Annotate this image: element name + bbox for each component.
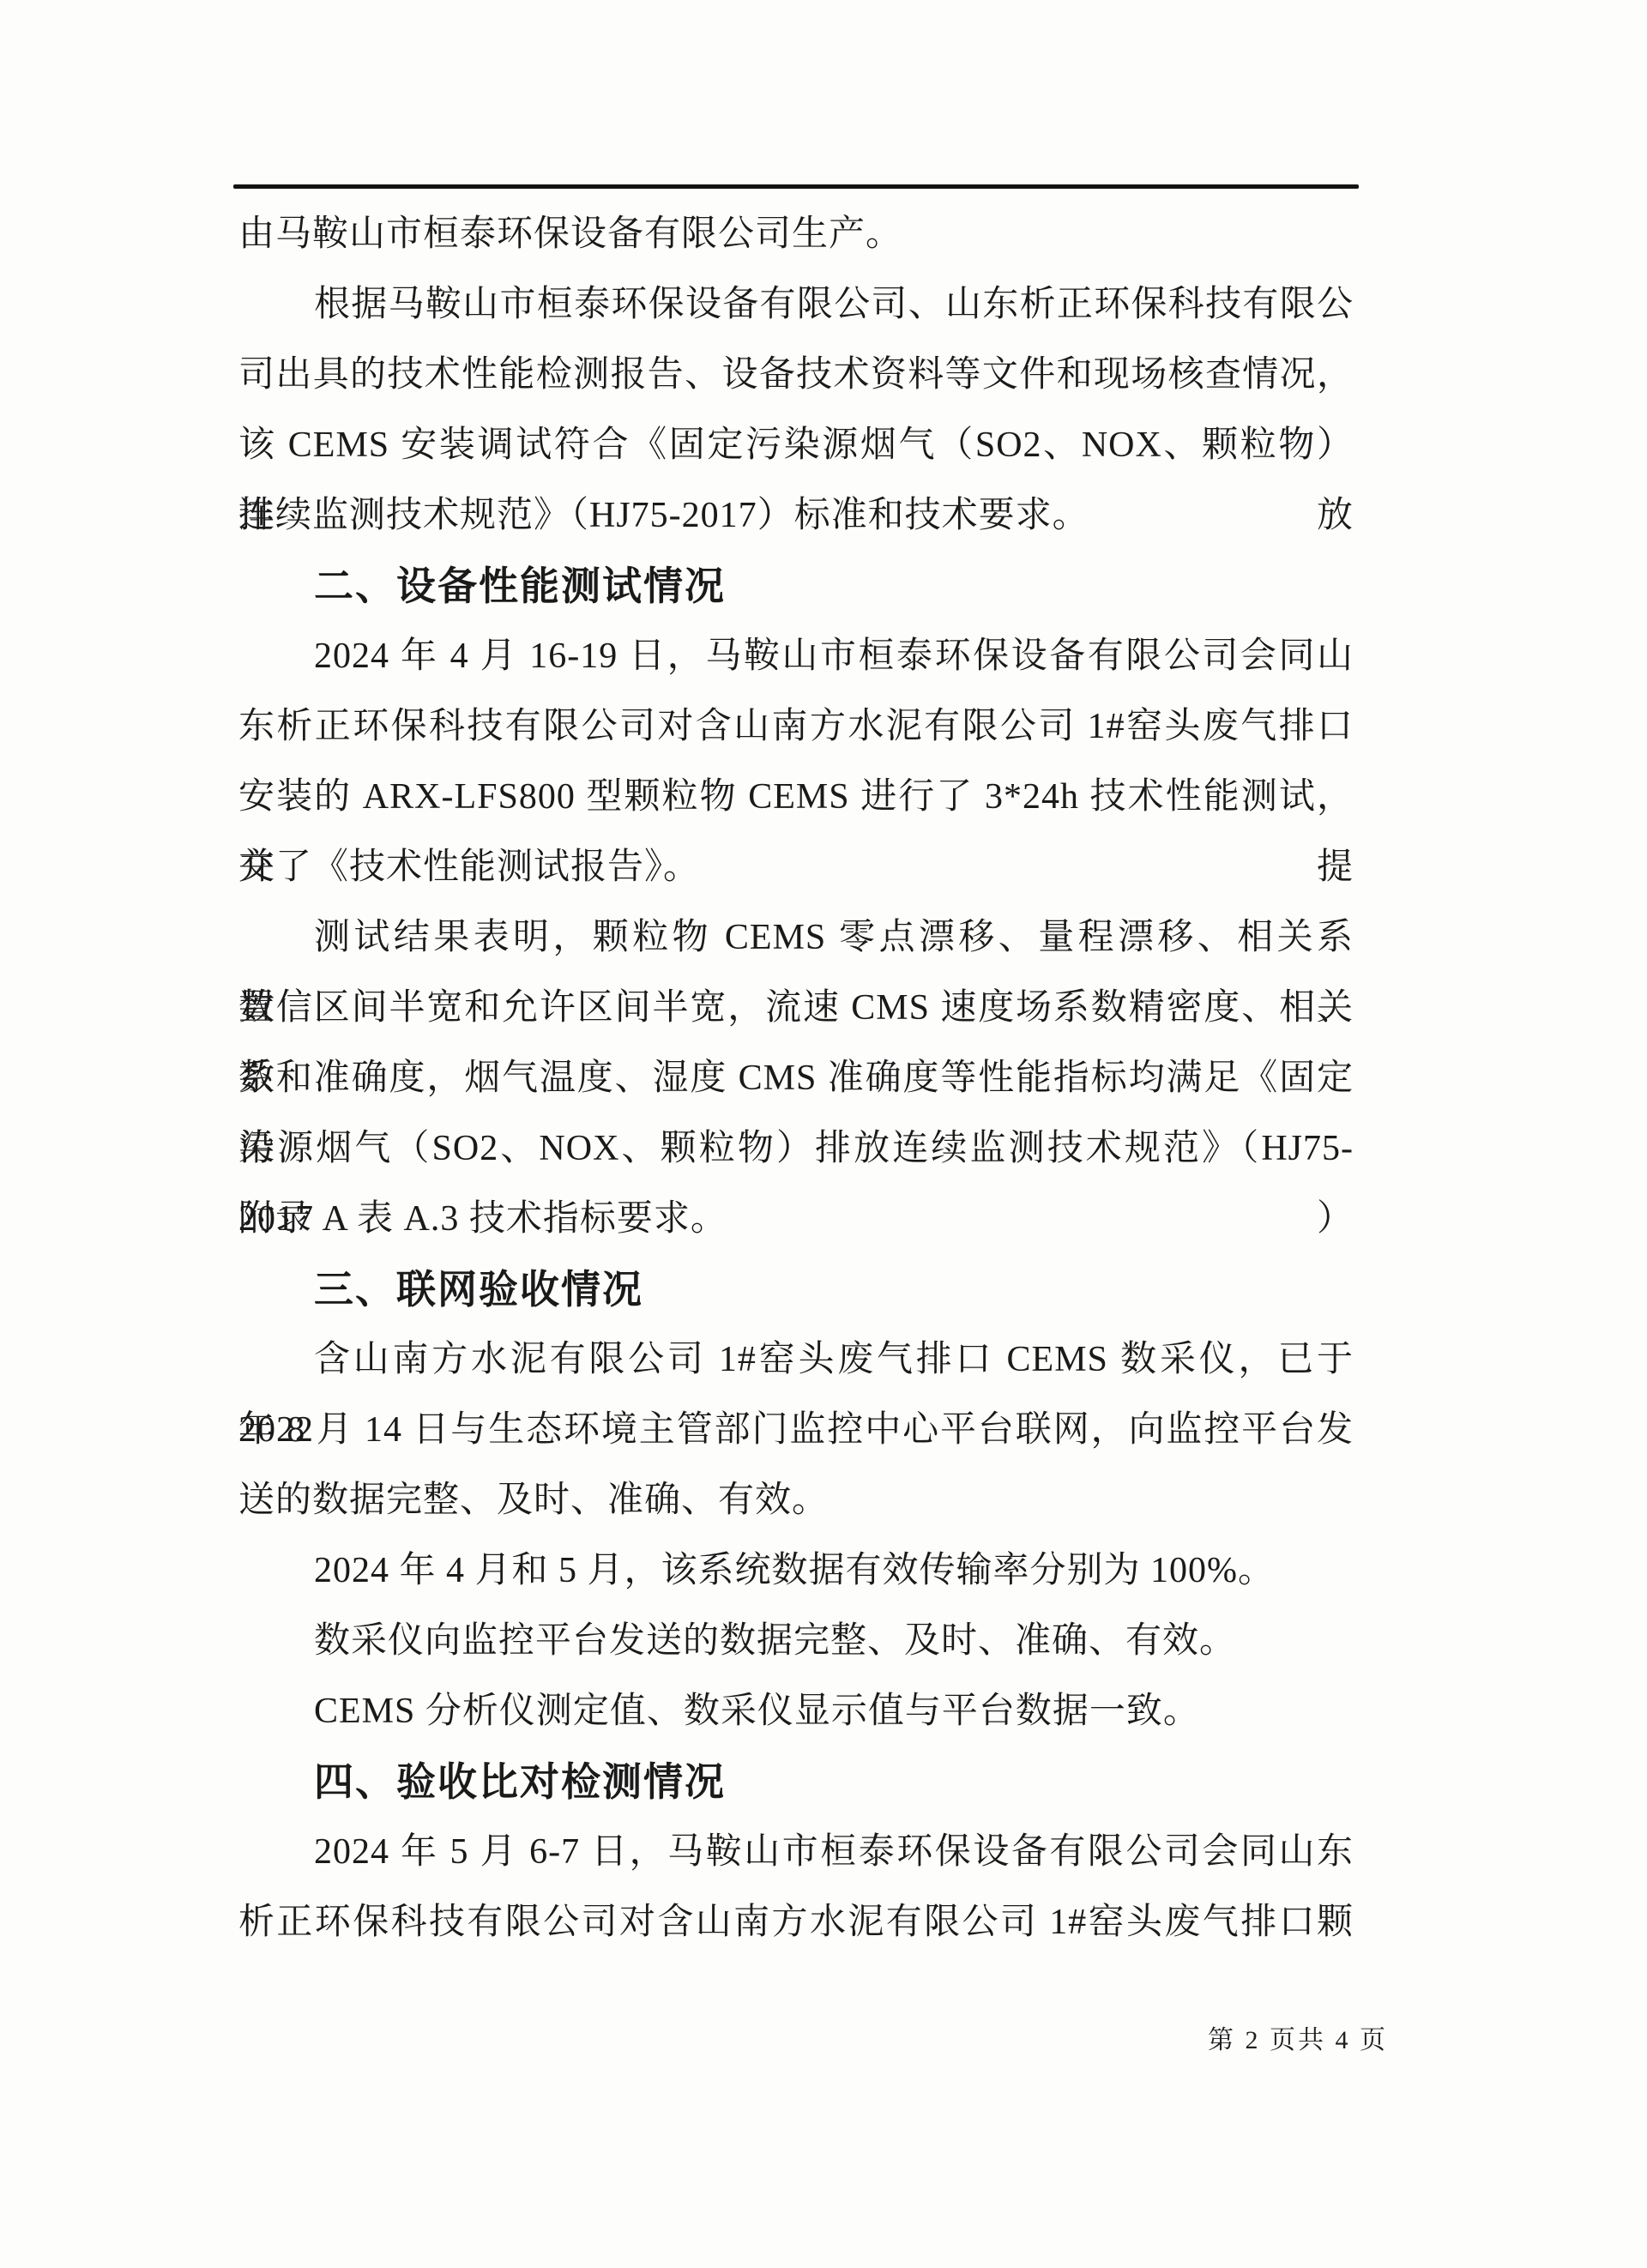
body-line: 2024 年 4 月和 5 月，该系统数据有效传输率分别为 100%。 [238,1535,1354,1606]
section-heading-2: 二、设备性能测试情况 [238,551,1354,621]
body-line: 置信区间半宽和允许区间半宽，流速 CMS 速度场系数精密度、相关系 [238,973,1354,1043]
body-line: 2024 年 4 月 16-19 日，马鞍山市桓泰环保设备有限公司会同山 [238,621,1354,691]
body-line: 年 8 月 14 日与生态环境主管部门监控中心平台联网，向监控平台发 [238,1395,1354,1465]
body-line: 2024 年 5 月 6-7 日，马鞍山市桓泰环保设备有限公司会同山东 [238,1817,1354,1887]
scanned-document-page: 由马鞍山市桓泰环保设备有限公司生产。 根据马鞍山市桓泰环保设备有限公司、山东析正… [0,0,1647,2268]
page-number: 第 2 页共 4 页 [1208,2018,1388,2056]
body-line: 数采仪向监控平台发送的数据完整、及时、准确、有效。 [238,1606,1354,1676]
body-line: 送的数据完整、及时、准确、有效。 [238,1465,1354,1535]
body-line: 安装的 ARX-LFS800 型颗粒物 CEMS 进行了 3*24h 技术性能测… [238,762,1354,832]
body-line: 司出具的技术性能检测报告、设备技术资料等文件和现场核查情况， [238,340,1354,410]
body-line: 含山南方水泥有限公司 1#窑头废气排口 CEMS 数采仪，已于 2022 [238,1324,1354,1395]
body-line: CEMS 分析仪测定值、数采仪显示值与平台数据一致。 [238,1676,1354,1746]
body-line: 根据马鞍山市桓泰环保设备有限公司、山东析正环保科技有限公 [238,269,1354,340]
body-line: 该 CEMS 安装调试符合《固定污染源烟气（SO2、NOX、颗粒物）排放 [238,410,1354,480]
header-divider-line [233,184,1359,189]
section-heading-3: 三、联网验收情况 [238,1254,1354,1324]
body-line: 测试结果表明，颗粒物 CEMS 零点漂移、量程漂移、相关系数、 [238,902,1354,973]
section-heading-4: 四、验收比对检测情况 [238,1746,1354,1817]
body-line: 数和准确度，烟气温度、湿度 CMS 准确度等性能指标均满足《固定污 [238,1043,1354,1113]
document-body: 由马鞍山市桓泰环保设备有限公司生产。 根据马鞍山市桓泰环保设备有限公司、山东析正… [238,199,1354,1957]
body-line: 染源烟气（SO2、NOX、颗粒物）排放连续监测技术规范》（HJ75-2017） [238,1113,1354,1184]
body-line: 东析正环保科技有限公司对含山南方水泥有限公司 1#窑头废气排口 [238,691,1354,762]
body-line: 析正环保科技有限公司对含山南方水泥有限公司 1#窑头废气排口颗 [238,1887,1354,1957]
body-line: 由马鞍山市桓泰环保设备有限公司生产。 [238,199,1354,269]
